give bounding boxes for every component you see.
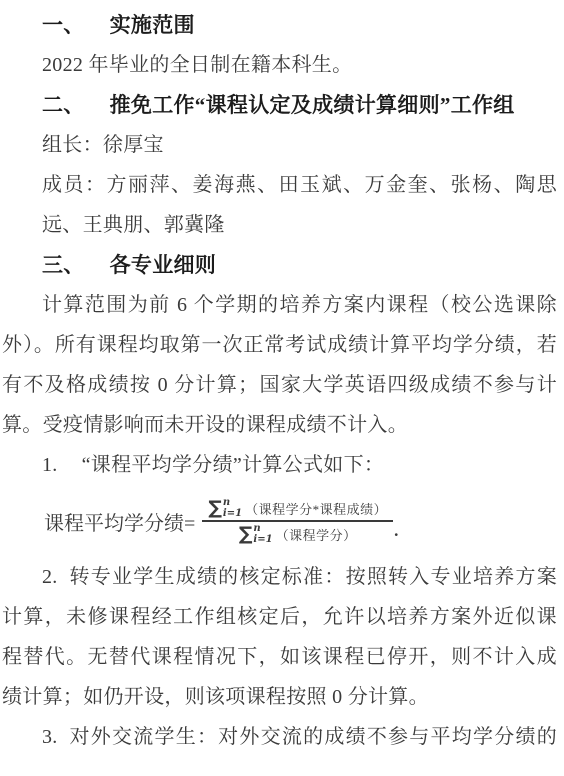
sum-upper-limit: n <box>253 523 260 534</box>
sum-lower-limit: i=1 <box>253 534 272 545</box>
list-item-2-line-2: 计算，未修课程经工作组核定后，允许以培养方案外近似课 <box>2 597 557 637</box>
group-members-line-2: 远、王典朋、郭冀隆 <box>2 205 557 245</box>
section2-number: 二、 <box>42 93 85 117</box>
list-item-2-line-3: 程替代。无替代课程情况下，如该课程已停开，则不计入成 <box>2 637 557 677</box>
formula-lhs: 课程平均学分绩= <box>44 507 195 536</box>
document-body: 一、实施范围 2022 年毕业的全日制在籍本科生。 二、推免工作“课程认定及成绩… <box>0 0 564 757</box>
list-item-3-number: 3. <box>42 726 58 748</box>
list-item-3-text: 对外交流学生：对外交流的成绩不参与平均学分绩的 <box>69 726 557 748</box>
list-item-2: 2.转专业学生成绩的核定标准：按照转入专业培养方案 <box>2 557 557 597</box>
list-item-2-number: 2. <box>42 566 58 588</box>
sum-lower-limit: i=1 <box>223 508 242 519</box>
section1-title: 实施范围 <box>110 13 195 37</box>
list-item-1-number: 1. <box>42 454 58 476</box>
section3-number: 三、 <box>42 253 85 277</box>
list-item-1-text: “课程平均学分绩”计算公式如下： <box>82 454 385 476</box>
formula-denominator: ∑ n i=1 （课程学分） <box>202 520 393 546</box>
intro-paragraph-line-2: 外）。所有课程均取第一次正常考试成绩计算平均学分绩，若 <box>2 325 557 365</box>
list-item-3: 3.对外交流学生：对外交流的成绩不参与平均学分绩的 <box>2 717 557 757</box>
section3-heading: 三、各专业细则 <box>2 245 557 285</box>
section1-number: 一、 <box>42 13 85 37</box>
group-leader-line: 组长：徐厚宝 <box>2 125 557 165</box>
section2-title: 推免工作“课程认定及成绩计算细则”工作组 <box>110 93 515 117</box>
sum-upper-limit: n <box>223 497 230 508</box>
formula-fraction: ∑ n i=1 （课程学分*课程成绩） ∑ n i=1 （课程学分） <box>202 496 393 546</box>
section2-heading: 二、推免工作“课程认定及成绩计算细则”工作组 <box>2 85 557 125</box>
formula-period: . <box>394 521 398 541</box>
intro-paragraph-line-1: 计算范围为前 6 个学期的培养方案内课程（校公选课除 <box>2 285 557 325</box>
gpa-formula: 课程平均学分绩= ∑ n i=1 （课程学分*课程成绩） ∑ n i=1 （课程… <box>2 485 557 557</box>
sum-icon: ∑ <box>239 525 253 544</box>
document-page: { "page": { "background": "#ffffff", "bo… <box>0 0 564 776</box>
formula-numerator: ∑ n i=1 （课程学分*课程成绩） <box>202 496 393 520</box>
intro-paragraph-line-4: 算。受疫情影响而未开设的课程成绩不计入。 <box>2 405 557 445</box>
list-item-2-line-4: 绩计算；如仍开设，则该项课程按照 0 分计算。 <box>2 677 557 717</box>
section1-body-line: 2022 年毕业的全日制在籍本科生。 <box>2 45 557 85</box>
section3-title: 各专业细则 <box>110 253 217 277</box>
numerator-expression: （课程学分*课程成绩） <box>245 499 387 518</box>
sum-limits: n i=1 <box>253 523 272 545</box>
section1-heading: 一、实施范围 <box>2 5 557 45</box>
group-members-line-1: 成员：方丽萍、姜海燕、田玉斌、万金奎、张杨、陶思 <box>2 165 557 205</box>
list-item-1: 1.“课程平均学分绩”计算公式如下： <box>2 445 557 485</box>
list-item-2-line-1: 转专业学生成绩的核定标准：按照转入专业培养方案 <box>69 566 557 588</box>
sum-icon: ∑ <box>208 499 222 518</box>
intro-paragraph-line-3: 有不及格成绩按 0 分计算；国家大学英语四级成绩不参与计 <box>2 365 557 405</box>
denominator-expression: （课程学分） <box>276 525 357 544</box>
sum-limits: n i=1 <box>223 497 242 519</box>
